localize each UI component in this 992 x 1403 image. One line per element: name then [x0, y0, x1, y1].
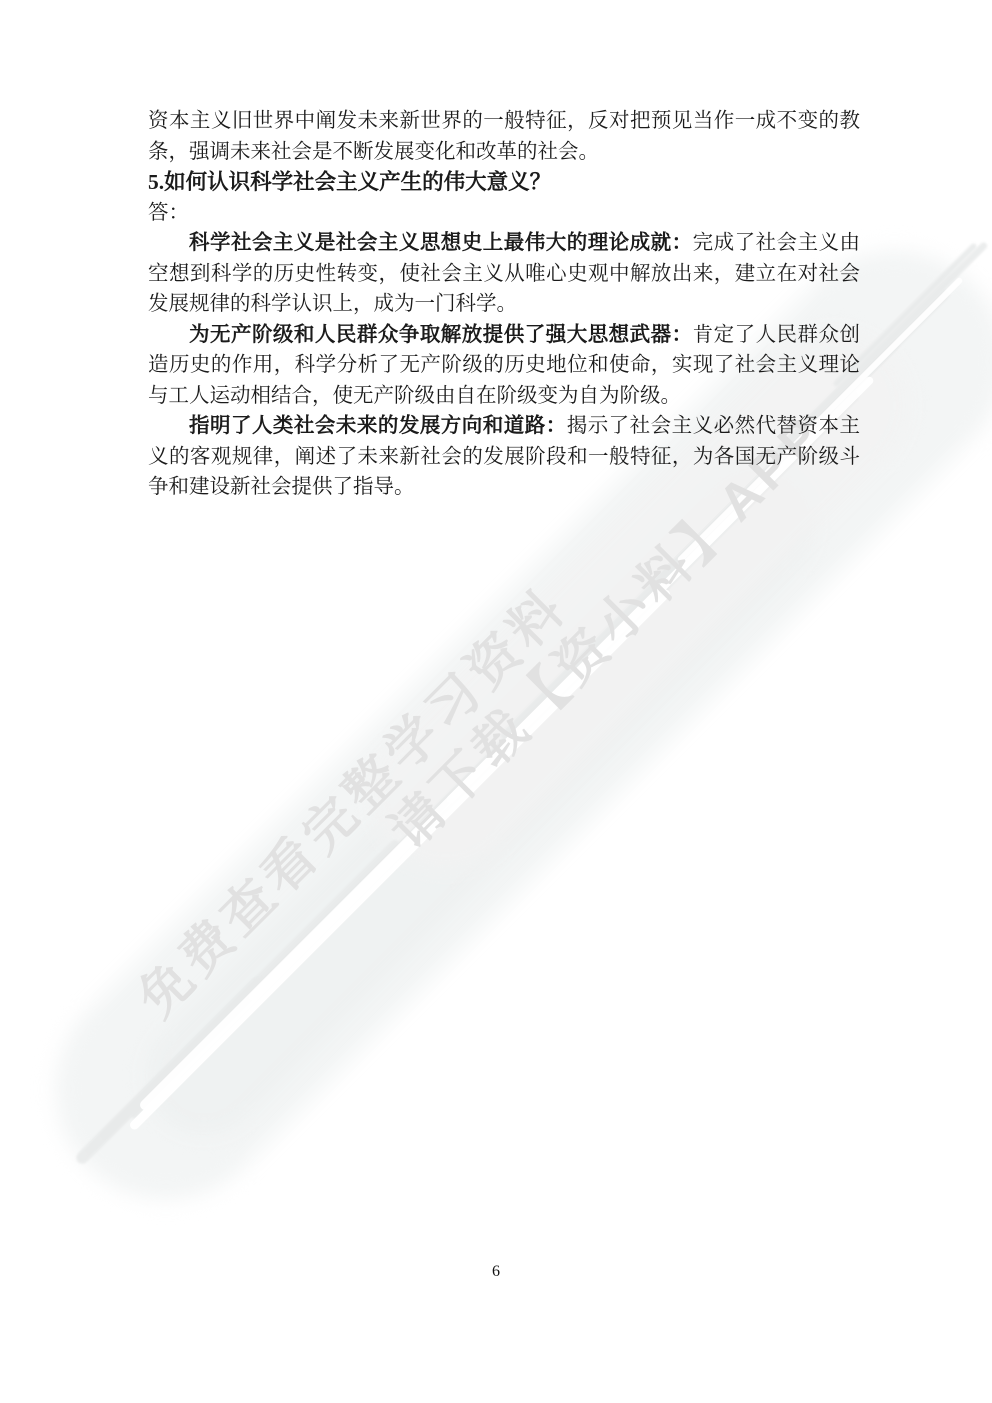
brush-stroke-highlight	[248, 417, 833, 1002]
answer-point-3: 指明了人类社会未来的发展方向和道路：揭示了社会主义必然代替资本主义的客观规律，阐…	[148, 411, 860, 503]
answer-label: 答：	[148, 198, 860, 229]
page-content: 资本主义旧世界中阐发未来新世界的一般特征，反对把预见当作一成不变的教条，强调未来…	[148, 106, 860, 503]
question-heading: 5.如何认识科学社会主义产生的伟大意义？	[148, 167, 860, 198]
document-page: 免费查看完整学习资料 请下载【资小料】APP 资本主义旧世界中阐发未来新世界的一…	[0, 0, 992, 1403]
paragraph-continuation: 资本主义旧世界中阐发未来新世界的一般特征，反对把预见当作一成不变的教条，强调未来…	[148, 106, 860, 167]
answer-point-3-lead: 指明了人类社会未来的发展方向和道路：	[189, 415, 567, 437]
brush-stroke-segment	[74, 974, 266, 1166]
answer-point-2: 为无产阶级和人民群众争取解放提供了强大思想武器：肯定了人民群众创造历史的作用，科…	[148, 320, 860, 412]
brush-stroke-segment	[130, 719, 531, 1120]
brush-stroke-segment	[98, 838, 402, 1142]
brush-stroke-wash	[119, 439, 840, 1160]
brush-stroke-highlight	[138, 808, 442, 1112]
brush-stroke-segment	[291, 501, 749, 959]
brush-stroke-segment	[168, 578, 671, 1081]
answer-point-2-lead: 为无产阶级和人民群众争取解放提供了强大思想武器：	[189, 324, 693, 346]
page-number: 6	[0, 1263, 992, 1281]
answer-point-1: 科学社会主义是社会主义思想史上最伟大的理论成就：完成了社会主义由空想到科学的历史…	[148, 228, 860, 320]
watermark-text-line1: 免费查看完整学习资料	[130, 579, 577, 1026]
answer-point-1-lead: 科学社会主义是社会主义思想史上最伟大的理论成就：	[189, 232, 693, 254]
brush-stroke-highlight	[128, 588, 672, 1132]
